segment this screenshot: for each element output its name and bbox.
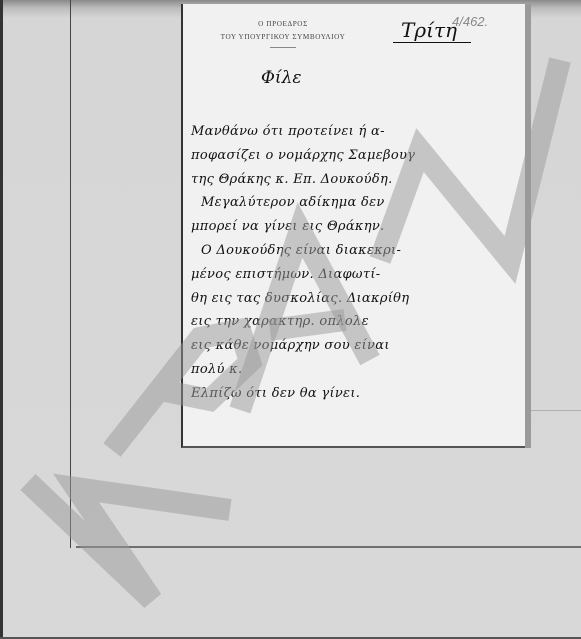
body-line: μένος επιστήμων. Διαφωτί-: [191, 263, 521, 287]
letterhead-divider: [270, 47, 296, 48]
body-line: Μεγαλύτερον αδίκημα δεν: [191, 191, 521, 215]
body-line: εις την χαρακτηρ. οπλολε: [191, 310, 521, 334]
body-line: θη εις τας δυσκολίας. Διακρίθη: [191, 287, 521, 311]
letterhead-subtitle: ΤΟΥ ΥΠΟΥΡΓΙΚΟΥ ΣΥΜΒΟΥΛΙΟΥ: [183, 31, 383, 44]
letterhead-title: Ο ΠΡΟΕΔΡΟΣ: [183, 18, 383, 31]
letter-body: Μανθάνω ότι προτείνει ή α- ποφασίζει ο ν…: [191, 120, 521, 406]
body-line: Μανθάνω ότι προτείνει ή α-: [191, 120, 521, 144]
page-fold-horizontal: [76, 546, 581, 548]
letter-sheet: Ο ΠΡΟΕΔΡΟΣ ΤΟΥ ΥΠΟΥΡΓΙΚΟΥ ΣΥΜΒΟΥΛΙΟΥ Τρί…: [181, 4, 525, 448]
body-line: Ο Δουκούδης είναι διακεκρι-: [191, 239, 521, 263]
salutation: Φίλε: [261, 68, 302, 88]
body-line: μπορεί να γίνει εις Θράκην.: [191, 215, 521, 239]
body-line: της Θράκης κ. Επ. Δουκούδη.: [191, 168, 521, 192]
scan-left-edge: [0, 0, 3, 639]
body-line: ποφασίζει ο νομάρχης Σαμεβουγ: [191, 144, 521, 168]
body-line: πολύ κ.: [191, 358, 521, 382]
letterhead: Ο ΠΡΟΕΔΡΟΣ ΤΟΥ ΥΠΟΥΡΓΙΚΟΥ ΣΥΜΒΟΥΛΙΟΥ: [183, 18, 383, 48]
reference-number: 4/462.: [452, 14, 488, 29]
body-line: εις κάθε νομάρχην σου είναι: [191, 334, 521, 358]
body-line: Ελπίζω ότι δεν θα γίνει.: [191, 382, 521, 406]
page-fold-vertical: [70, 0, 71, 548]
